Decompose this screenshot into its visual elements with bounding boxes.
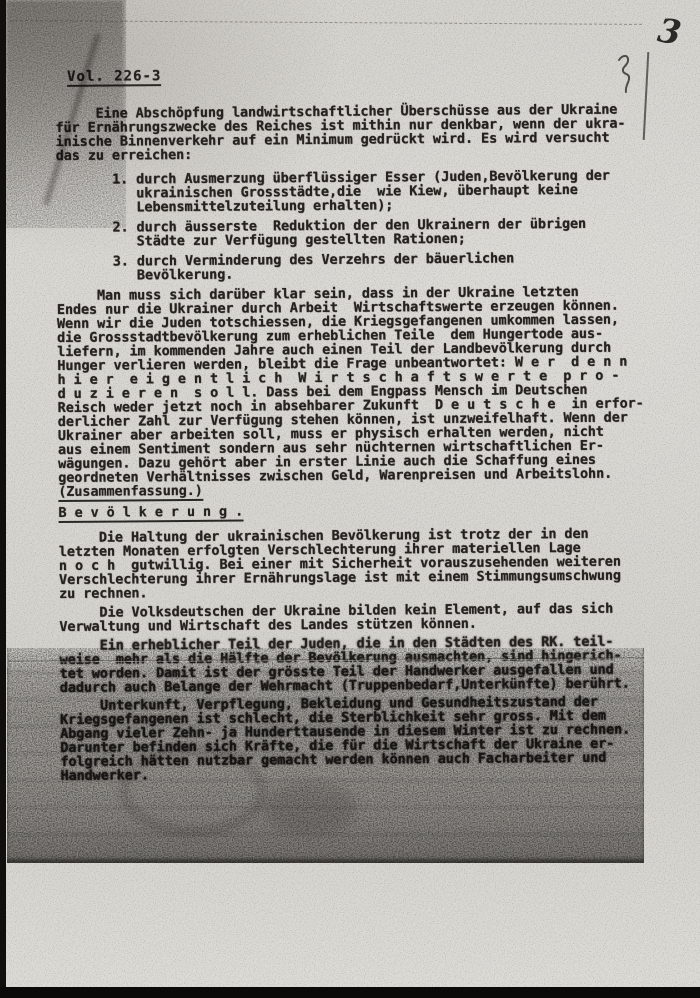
paragraph-population: Die Haltung der ukrainischen Bevölkerung… [59, 526, 670, 601]
paragraph-volksdeutsche: Die Volksdeutschen der Ukraine bilden ke… [59, 601, 669, 634]
faint-ink-blot [262, 782, 357, 834]
paragraph-intro: Eine Abschöpfung landwirtschaftlicher Üb… [55, 102, 665, 163]
scan-edge-left [0, 0, 6, 998]
handwritten-page-number: 3 [655, 10, 684, 52]
list-item-1: 1. durch Ausmerzung überflüssiger Esser … [56, 168, 666, 215]
list-item-3: 3. durch Verminderung des Verzehrs der b… [56, 250, 666, 283]
paragraph-main: Man muss sich darüber klar sein, dass in… [57, 284, 669, 485]
population-heading: B e v ö l k e r u n g . [58, 505, 243, 523]
scan-edge-bottom [0, 987, 700, 998]
summary-heading: (Zusammenfassung.) [58, 484, 203, 502]
faint-stamp-mark [120, 745, 266, 836]
handwritten-squiggle-mark [613, 52, 641, 96]
paper-corner-smudge [6, 0, 124, 232]
scanned-document-page: 3 Vol. 226-3 Eine Abschöpfung landwirtsc… [0, 0, 700, 998]
list-item-2: 2. durch äusserste Reduktion der den Ukr… [56, 216, 666, 249]
